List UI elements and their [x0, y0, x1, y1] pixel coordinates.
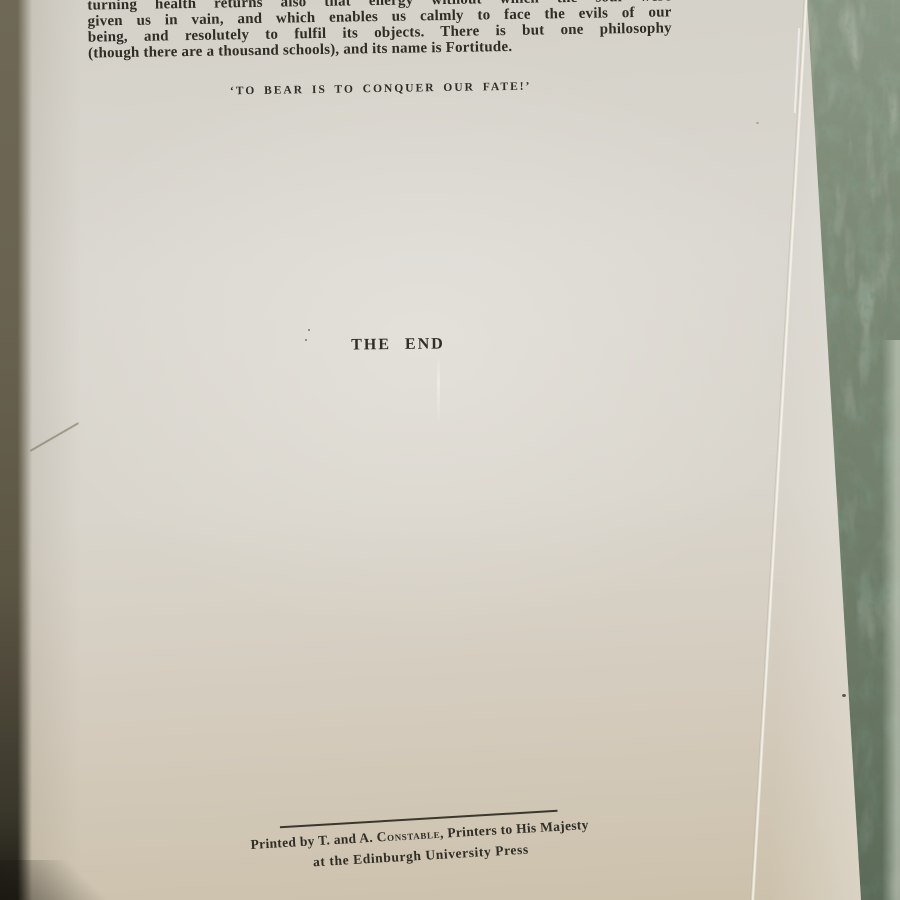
book-gutter-shadow — [0, 0, 32, 900]
colophon-text: Printed by T. and A. — [250, 830, 377, 852]
table-edge-band — [882, 340, 900, 900]
the-end-heading: THE END — [98, 333, 698, 357]
epigraph-quote: ‘TO BEAR IS TO CONQUER OUR FATE!’ — [89, 78, 673, 99]
body-text-block: turning health returns also that energy … — [87, 0, 673, 100]
book-page: turning health returns also that energy … — [0, 0, 900, 900]
book-photo: turning health returns also that energy … — [0, 0, 900, 900]
paper-speck — [756, 122, 759, 124]
colophon-text: , Printers to His Majesty — [440, 817, 589, 841]
paper-speck — [308, 329, 310, 331]
printer-name: Constable — [376, 826, 440, 845]
paper-speck — [305, 339, 307, 341]
printer-colophon: Printed by T. and A. Constable, Printers… — [119, 800, 721, 882]
corner-shadow — [0, 860, 140, 900]
paper-crease — [437, 355, 440, 425]
paper-crease — [30, 424, 84, 456]
paper-speck — [842, 694, 846, 697]
